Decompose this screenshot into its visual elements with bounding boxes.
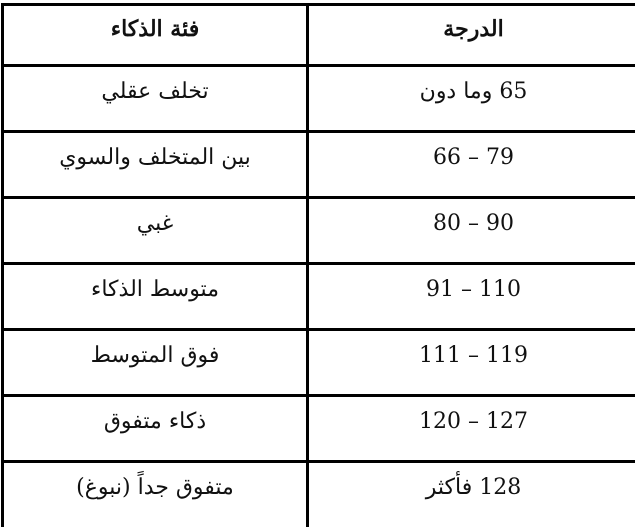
score-cell: 110 – 91: [308, 264, 635, 330]
category-cell: فوق المتوسط: [3, 330, 308, 396]
table-row: 90 – 80 غبي: [3, 198, 635, 264]
score-value: 119 – 111: [419, 343, 528, 368]
table-row: 127 – 120 ذكاء متفوق: [3, 396, 635, 462]
score-value: 79 – 66: [433, 145, 514, 170]
score-cell: 119 – 111: [308, 330, 635, 396]
category-cell: تخلف عقلي: [3, 66, 308, 132]
score-value: 90 – 80: [433, 211, 514, 236]
table-row: 79 – 66 بين المتخلف والسوي: [3, 132, 635, 198]
score-cell: 79 – 66: [308, 132, 635, 198]
category-cell: بين المتخلف والسوي: [3, 132, 308, 198]
header-category: فئة الذكاء: [3, 5, 308, 66]
score-cell: 65 وما دون: [308, 66, 635, 132]
score-cell: 90 – 80: [308, 198, 635, 264]
iq-classification-table: الدرجة فئة الذكاء 65 وما دون تخلف عقلي 7…: [1, 3, 635, 527]
score-value: 127 – 120: [419, 409, 528, 434]
score-cell: 127 – 120: [308, 396, 635, 462]
category-cell: متفوق جداً (نبوغ): [3, 462, 308, 527]
score-value: 110 – 91: [426, 277, 521, 302]
score-cell: 128 فأكثر: [308, 462, 635, 527]
score-value: 128 فأكثر: [426, 475, 521, 500]
table-header-row: الدرجة فئة الذكاء: [3, 5, 635, 66]
table-row: 119 – 111 فوق المتوسط: [3, 330, 635, 396]
table-row: 110 – 91 متوسط الذكاء: [3, 264, 635, 330]
table-row: 65 وما دون تخلف عقلي: [3, 66, 635, 132]
category-cell: غبي: [3, 198, 308, 264]
score-value: 65 وما دون: [420, 79, 528, 104]
header-score: الدرجة: [308, 5, 635, 66]
category-cell: ذكاء متفوق: [3, 396, 308, 462]
category-cell: متوسط الذكاء: [3, 264, 308, 330]
table-row: 128 فأكثر متفوق جداً (نبوغ): [3, 462, 635, 527]
